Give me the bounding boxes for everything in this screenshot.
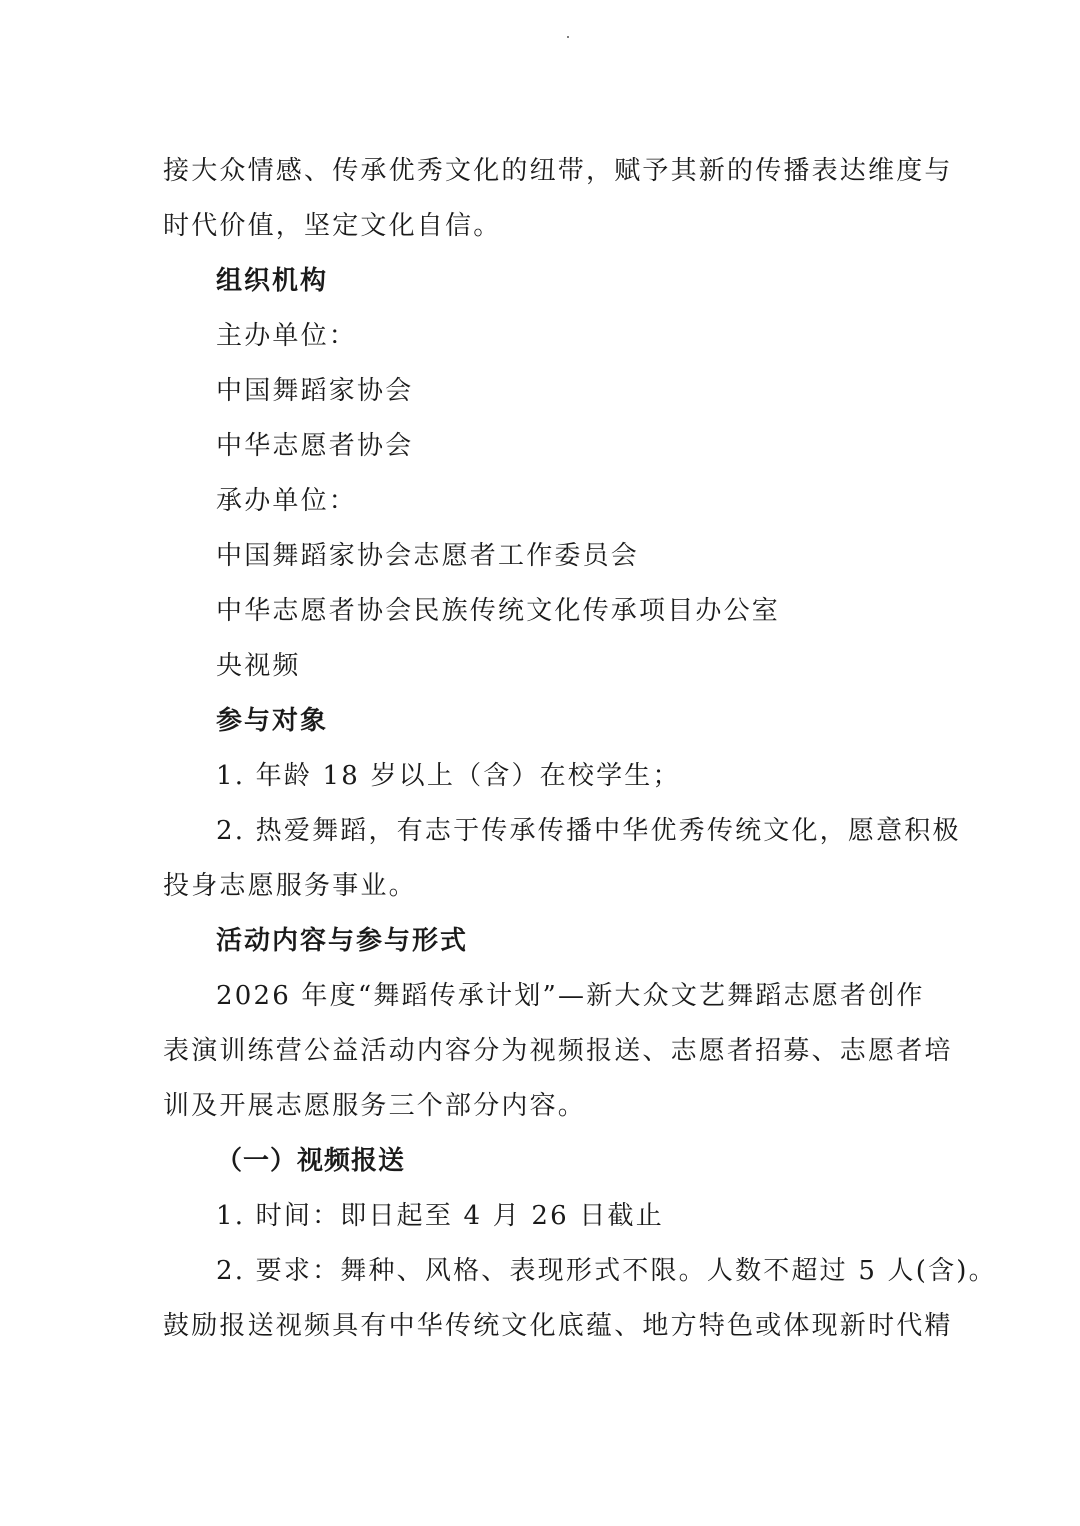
section-heading-participants: 参与对象 [216, 703, 976, 739]
paragraph-line: 2026 年度“舞蹈传承计划”—新大众文艺舞蹈志愿者创作 [216, 978, 976, 1014]
organizer-item: 中华志愿者协会 [216, 428, 976, 464]
paragraph-line: 时代价值，坚定文化自信。 [163, 208, 923, 244]
video-requirement: 1. 时间：即日起至 4 月 26 日截止 [216, 1198, 976, 1234]
organizer-label: 主办单位： [216, 318, 976, 354]
video-requirement: 2. 要求：舞种、风格、表现形式不限。人数不超过 5 人(含)。 [216, 1253, 976, 1289]
paragraph-line: 鼓励报送视频具有中华传统文化底蕴、地方特色或体现新时代精 [163, 1308, 923, 1344]
section-heading-organization: 组织机构 [216, 263, 976, 299]
paragraph-line: 投身志愿服务事业。 [163, 868, 923, 904]
section-heading-activity: 活动内容与参与形式 [216, 923, 976, 959]
participant-requirement: 1. 年龄 18 岁以上（含）在校学生； [216, 758, 976, 794]
organizer-item: 中国舞蹈家协会 [216, 373, 976, 409]
paragraph-line: 接大众情感、传承优秀文化的纽带，赋予其新的传播表达维度与 [163, 153, 923, 189]
paragraph-line: 训及开展志愿服务三个部分内容。 [163, 1088, 923, 1124]
document-page: 接大众情感、传承优秀文化的纽带，赋予其新的传播表达维度与 时代价值，坚定文化自信… [0, 0, 1080, 1526]
participant-requirement: 2. 热爱舞蹈，有志于传承传播中华优秀传统文化，愿意积极 [216, 813, 976, 849]
co-organizer-item: 中国舞蹈家协会志愿者工作委员会 [216, 538, 976, 574]
subsection-heading-video: （一）视频报送 [216, 1143, 976, 1179]
co-organizer-label: 承办单位： [216, 483, 976, 519]
paragraph-line: 表演训练营公益活动内容分为视频报送、志愿者招募、志愿者培 [163, 1033, 923, 1069]
scan-artifact-dot [567, 36, 569, 38]
co-organizer-item: 央视频 [216, 648, 976, 684]
co-organizer-item: 中华志愿者协会民族传统文化传承项目办公室 [216, 593, 976, 629]
